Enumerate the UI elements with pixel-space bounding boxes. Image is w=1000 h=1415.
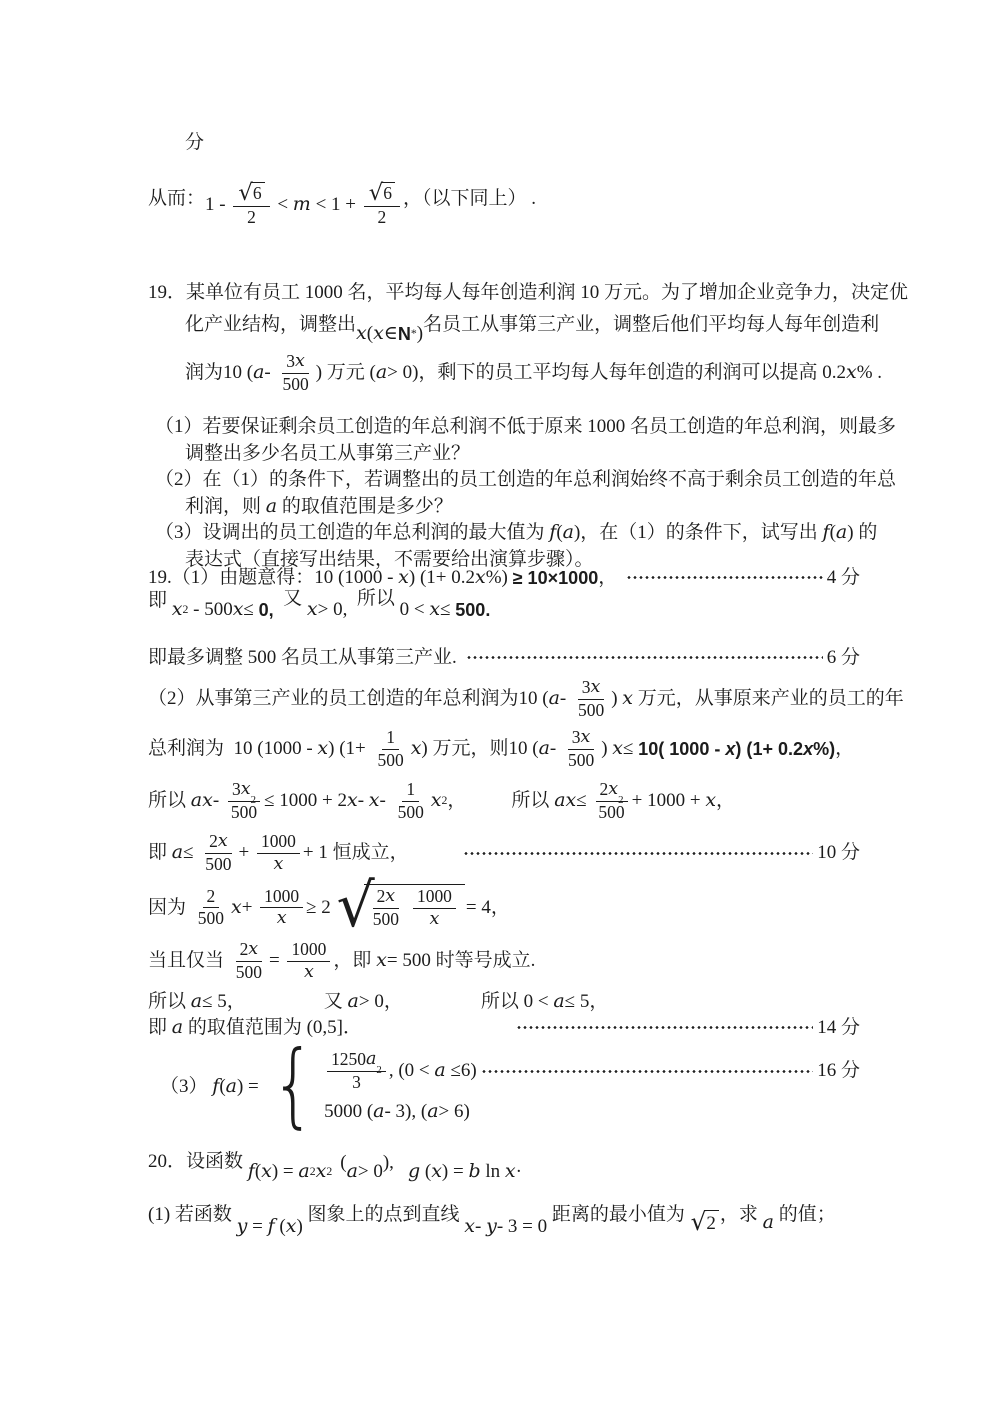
inline-formula-group: g (x) = b ln x· [408, 1160, 522, 1184]
math-variable: x [846, 361, 857, 385]
text-run: 10 分 [817, 841, 860, 865]
math-variable: x [233, 598, 244, 622]
math-variable: m [293, 193, 311, 217]
text-run: 万元，从事原来产业的员工的年 [633, 687, 904, 711]
text-run: ，（以下同上） . [403, 187, 536, 211]
square-root: √2 [691, 1210, 719, 1236]
text-run: 6 [383, 184, 392, 204]
fraction-denominator: 500 [232, 962, 266, 983]
math-variable: x [241, 780, 251, 800]
math-fraction: 1250a23 [327, 1050, 386, 1092]
text-run: > 6) [439, 1100, 470, 1124]
text-run: ≤ [440, 598, 455, 622]
text-run: + 1000 + [632, 789, 706, 813]
math-variable: x [218, 832, 228, 852]
math-variable: x [385, 887, 395, 907]
solution-19-step1b: 即 x2 - 500x≤ 0, 又 x> 0, 所以 0 < x≤ 500. [148, 598, 490, 622]
problem-20-q1: (1) 若函数 y = f (x) 图象上的点到直线 x- y- 3 = 0 距… [148, 1202, 836, 1228]
text-run: ≤ 5， [202, 990, 246, 1014]
text-run: 从而： [148, 187, 205, 211]
math-fraction: 1000x [257, 832, 300, 874]
text-run: > 0)，剩下的员工平均每人每年创造的利润可以提高 0.2 [387, 361, 846, 385]
math-fraction: 1000x [413, 887, 456, 929]
text-run: 500 [198, 909, 224, 929]
text-run: ln [481, 1160, 505, 1184]
solution-19-part2-line3: 所以 ax- 3x2500≤ 1000 + 2x- x- 1500x2，所以 a… [148, 780, 735, 822]
fraction-numerator: 1 [402, 780, 419, 802]
text-run: 所以 [347, 587, 399, 611]
text-run: ) = [272, 1160, 299, 1184]
math-variable: ax [554, 789, 576, 813]
math-variable: x [261, 1160, 272, 1184]
text-run: 所以 [511, 789, 554, 813]
text-run: 总利润为 10 (1000 - [148, 737, 317, 761]
math-variable: x [231, 896, 242, 920]
math-variable: x [430, 910, 440, 930]
square-root: √2x5001000x [337, 880, 465, 935]
text-run: ， [716, 789, 735, 813]
math-variable: x [248, 940, 258, 960]
fraction-numerator: 1000 [260, 887, 303, 909]
text-run: ≤ [243, 598, 258, 622]
fraction-numerator: 1000 [287, 940, 330, 962]
text-run: , (0 < [389, 1059, 435, 1083]
text-run: 5000 ( [324, 1100, 373, 1124]
text-run: 500 [231, 803, 257, 823]
math-variable: a [172, 1016, 183, 1040]
inline-formula-group: 1 - √62 < m < 1 + √62 [205, 182, 403, 227]
text-run: 1 [386, 728, 395, 748]
fraction-numerator: 1 [382, 728, 399, 750]
text-run: ≤ [576, 789, 591, 813]
bold-italic-text: x [725, 738, 735, 761]
dotted-leader [516, 1025, 813, 1030]
math-fraction: 2x2500 [594, 780, 628, 822]
document-page: 分从而：1 - √62 < m < 1 + √62，（以下同上） .19．某单位… [0, 0, 1000, 1415]
text-run: （3）设调出的员工创造的年总利润的最大值为 [155, 521, 549, 545]
inline-formula-group: ), [383, 1151, 394, 1175]
math-variable: f [549, 521, 556, 545]
text-run: 500 [378, 751, 404, 771]
text-run: < 1 + [311, 193, 361, 217]
fraction-numerator: 2 [203, 887, 220, 909]
problem-19-q1-line1: （1）若要保证剩余员工创造的年总利润不低于原来 1000 名员工创造的年总利润，… [155, 415, 896, 439]
text-run: 3 [572, 728, 581, 748]
math-variable: x [591, 678, 601, 698]
math-variable: x [475, 566, 486, 590]
text-run: - [213, 789, 224, 813]
inline-formula-group: √2 [690, 1210, 720, 1236]
text-run: 图象上的点到直线 [303, 1203, 465, 1227]
text-run: 的取值范围是多少？ [277, 495, 453, 519]
text-run: 1000 [264, 887, 299, 907]
text-run: 所以 0 < [481, 990, 553, 1014]
text-run: - 3), ( [384, 1100, 427, 1124]
fraction-denominator: 500 [278, 374, 312, 395]
math-variable: f [268, 1215, 275, 1239]
text-run: > 0， [359, 990, 403, 1014]
bold-text: ) (1+ 0.2 [735, 738, 803, 761]
problem-19-intro-line2: 化产业结构，调整出x(x∈N*)名员工从事第三产业，调整后他们平均每人每年创造利 [185, 313, 879, 337]
text-run: ( [420, 1160, 431, 1184]
fraction-numerator: √6 [233, 182, 269, 207]
math-variable: x [369, 789, 380, 813]
text-run: - 3 = 0 [497, 1215, 547, 1239]
radicand: 2x5001000x [364, 884, 465, 931]
text-run: 1000 [417, 887, 452, 907]
math-variable: f [212, 1075, 219, 1099]
text-run: 因为 [148, 896, 191, 920]
text-run: ，即 [333, 949, 376, 973]
text-run: 14 分 [817, 1016, 860, 1040]
text-run: % . [857, 361, 882, 385]
fraction-numerator: 1000 [257, 832, 300, 854]
text-run: （3） [160, 1075, 212, 1099]
fraction-denominator: 500 [594, 802, 628, 823]
radicand: 6 [381, 182, 395, 204]
problem-19-q3-line1: （3）设调出的员工创造的年总利润的最大值为 f(a)，在（1）的条件下，试写出 … [155, 521, 877, 545]
inline-formula-group: y = f (x) [237, 1215, 303, 1239]
bold-italic-text: x [803, 738, 813, 761]
fraction-denominator: 500 [574, 700, 608, 721]
text-run: = [247, 1215, 267, 1239]
bold-text: %) [813, 738, 835, 761]
math-variable: a [348, 990, 359, 1014]
fraction-denominator: 500 [564, 750, 598, 771]
fraction-numerator: 3x [568, 728, 595, 750]
fraction-denominator: 500 [394, 802, 428, 823]
solution-19-part2-line7: 所以 a≤ 5，又 a> 0，所以 0 < a≤ 5， [148, 990, 608, 1014]
math-variable: x [431, 789, 442, 813]
radicand: 6 [251, 182, 265, 204]
inline-formula-group: 所以 [347, 587, 399, 611]
square-root: √6 [238, 182, 264, 205]
square-root: √6 [369, 182, 395, 205]
text-run: (1) 若函数 [148, 1203, 237, 1227]
math-variable: x [304, 963, 314, 983]
text-run: 名员工从事第三产业，调整后他们平均每人每年创造利 [423, 313, 879, 337]
math-fraction: 2x500 [232, 940, 266, 982]
text-run: 1250 [331, 1050, 366, 1070]
problem-19-q1-line2: 调整出多少名员工从事第三产业？ [185, 442, 470, 466]
math-fraction: 3x500 [278, 352, 312, 394]
math-fraction: 3x500 [564, 728, 598, 770]
text-run: 3 [232, 780, 241, 800]
problem-19-q2-line2: 利润，则 a 的取值范围是多少？ [185, 495, 453, 519]
text-run: - [264, 361, 275, 385]
math-variable: x [608, 780, 618, 800]
bold-text: 0, [259, 599, 274, 622]
inline-formula-group: x- y- 3 = 0 [464, 1215, 547, 1239]
text-run: 2 [247, 208, 256, 228]
math-variable: x [398, 566, 409, 590]
math-variable: x [612, 737, 623, 761]
text-run: > 0 [358, 1160, 383, 1184]
text-run: ) (1+ [328, 737, 370, 761]
fraction-numerator: 2x [373, 887, 400, 909]
text-run: ， [447, 789, 466, 813]
text-run: 19．某单位有员工 1000 名，平均每人每年创造利润 10 万元。为了增加企业… [148, 281, 908, 305]
math-fraction: 1000x [260, 887, 303, 929]
problem-19-intro-line3: 润为10 (a- 3x500) 万元 (a> 0)，剩下的员工平均每人每年创造的… [185, 352, 882, 394]
text-run: ) = [442, 1160, 469, 1184]
math-variable: x [316, 1160, 327, 1184]
math-variable: a [763, 1211, 774, 1235]
text-run: = 4， [466, 896, 510, 920]
piecewise-cases: {1250a23, (0 < a ≤6)16 分5000 (a- 3), (a>… [264, 1050, 860, 1124]
math-variable: x [376, 949, 387, 973]
math-variable: a [366, 1050, 376, 1070]
text-run: = [269, 949, 284, 973]
inline-formula-group: 即 [148, 589, 172, 613]
text-run: 16 分 [817, 1059, 860, 1083]
solution-19-step1: 19.（1）由题意得：10 (1000 - x) (1+ 0.2x%) ≥ 10… [148, 566, 860, 590]
math-variable: x [411, 737, 422, 761]
text-run: - [550, 737, 561, 761]
math-variable: x [705, 789, 716, 813]
problem-19-q2-line1: （2）在（1）的条件下，若调整出的员工创造的年总利润始终不高于剩余员工创造的年总 [155, 468, 896, 492]
text-run: 20．设函数 [148, 1150, 248, 1174]
cases-rows: 1250a23, (0 < a ≤6)16 分5000 (a- 3), (a> … [324, 1050, 860, 1124]
math-variable: b [468, 1160, 480, 1184]
text-run: > 0, [318, 598, 348, 622]
math-variable: x [295, 352, 305, 372]
text-run: （1）若要保证剩余员工创造的年总利润不低于原来 1000 名员工创造的年总利润，… [155, 415, 896, 439]
math-variable: x [622, 687, 633, 711]
text-run: ) (1+ 0.2 [409, 566, 475, 590]
fraction-numerator: 3x [578, 678, 605, 700]
math-variable: x [431, 1160, 442, 1184]
fraction-denominator: 500 [194, 908, 228, 929]
text-run: < [273, 193, 293, 217]
text-run: 2 [377, 208, 386, 228]
text-run: ≥ 2 [306, 896, 335, 920]
math-variable: a [836, 521, 847, 545]
math-variable: a [266, 495, 277, 519]
math-variable: f [248, 1160, 255, 1184]
text-run: - [358, 789, 369, 813]
solution-19-part2-line8: 即 a 的取值范围为 (0,5]．14 分 [148, 1016, 860, 1040]
problem-20-intro: 20．设函数 f(x) = a2x2(a> 0),g (x) = b ln x· [148, 1150, 522, 1174]
math-variable: a [434, 1059, 445, 1083]
text-run: 2 [209, 832, 218, 852]
text-run: - [380, 789, 391, 813]
cases-row: 1250a23, (0 < a ≤6)16 分 [324, 1050, 860, 1092]
text-run: ，求 [720, 1203, 763, 1227]
text-run: ， [598, 566, 622, 590]
text-run: 3 [352, 1073, 361, 1093]
text-run: ) [296, 1215, 302, 1239]
fraction-denominator: x [273, 908, 291, 929]
radicand: 2 [704, 1210, 719, 1236]
text-run: %) [486, 566, 513, 590]
math-variable: a [298, 1160, 309, 1184]
fraction-numerator: 3x [282, 352, 309, 374]
bold-text: N [398, 323, 411, 346]
math-variable: x [347, 789, 358, 813]
text-run: 500 [236, 963, 262, 983]
dotted-leader [466, 655, 823, 660]
math-variable: a [347, 1160, 358, 1184]
text-run: 3 [286, 352, 295, 372]
text-run: ≤ 1000 + 2 [264, 789, 347, 813]
text-run: 所以 [148, 789, 191, 813]
math-variable: x [172, 598, 183, 622]
fraction-numerator: 2x [205, 832, 232, 854]
math-variable: a [563, 521, 574, 545]
inline-formula-group: ( [340, 1151, 346, 1175]
text-run: 即 [148, 589, 172, 613]
math-variable: x [356, 322, 367, 346]
text-run: 2 [706, 1212, 716, 1236]
text-run: ) 万元 ( [316, 361, 376, 385]
text-run: 2 [377, 887, 386, 907]
text-run: （2）从事第三产业的员工创造的年总利润为10 ( [148, 687, 549, 711]
text-run: 的值； [774, 1203, 836, 1227]
text-run: 调整出多少名员工从事第三产业？ [185, 442, 470, 466]
fraction-denominator: x [426, 909, 444, 930]
text-run: （2）在（1）的条件下，若调整出的员工创造的年总利润始终不高于剩余员工创造的年总 [155, 468, 896, 492]
text-run: ≤ [623, 737, 638, 761]
math-variable: x [581, 728, 591, 748]
math-variable: a [191, 990, 202, 1014]
math-variable: y [237, 1215, 248, 1239]
math-fraction: √62 [233, 182, 269, 227]
inline-formula-group: 又 [274, 587, 307, 611]
math-fraction: 3x2500 [227, 780, 261, 822]
bold-text: 10( 1000 - [638, 738, 725, 761]
fraction-numerator: 2x2 [596, 780, 628, 802]
inline-formula-group: f(x) = a2x2(a> 0), [248, 1160, 394, 1184]
solution-19-step2: 即最多调整 500 名员工从事第三产业. 6 分 [148, 646, 860, 670]
solution-19-part2-line4: 即 a≤ 2x500+ 1000x+ 1 恒成立，10 分 [148, 832, 860, 874]
text-run: 即 [148, 841, 172, 865]
math-fraction: 1000x [287, 940, 330, 982]
fraction-denominator: 2 [243, 207, 260, 228]
text-run: · [516, 1160, 522, 1184]
text-run: ) 的 [847, 521, 877, 545]
text-run: 500 [398, 803, 424, 823]
text-run: 即 [148, 1016, 172, 1040]
text-run: 0 < [400, 598, 430, 622]
bold-text: ≥ 10×1000 [513, 567, 599, 590]
math-variable: y [486, 1215, 497, 1239]
fraction-denominator: 500 [227, 802, 261, 823]
solution-19-part2-line2: 总利润为 10 (1000 - x) (1+ 1500x) 万元，则10 (a-… [148, 728, 854, 770]
text-run: = 500 时等号成立. [387, 949, 535, 973]
math-variable: x [273, 855, 283, 875]
text-run: ≤ [183, 841, 198, 865]
fraction-numerator: √6 [364, 182, 400, 207]
text-run: 又 [274, 587, 307, 611]
text-run: 又 [324, 990, 348, 1014]
text-run: 6 分 [827, 646, 860, 670]
text-run: 2 [207, 887, 216, 907]
cases-row: 5000 (a- 3), (a> 6) [324, 1100, 860, 1124]
text-run: + [242, 896, 257, 920]
solution-19-part2-line6: 当且仅当 2x500= 1000x，即 x= 500 时等号成立. [148, 940, 535, 982]
fraction-numerator: 1000 [413, 887, 456, 909]
math-variable: a [553, 990, 564, 1014]
text-run: 1 - [205, 193, 230, 217]
solution-19-part2-line1: （2）从事第三产业的员工创造的年总利润为10 (a- 3x500) x 万元，从… [148, 678, 904, 720]
text-run: 润为10 ( [185, 361, 253, 385]
fraction-denominator: 2 [373, 207, 390, 228]
text-run: - [560, 687, 571, 711]
math-variable: a [539, 737, 550, 761]
text-run: 1000 [261, 832, 296, 852]
fraction-numerator: 3x2 [228, 780, 260, 802]
text-run: ) [611, 687, 622, 711]
math-variable: a [427, 1100, 438, 1124]
text-run: + [238, 841, 253, 865]
math-fraction: 1500 [374, 728, 408, 770]
text-run: ≤6) [446, 1059, 477, 1083]
text-run: ) [417, 322, 423, 346]
score-fragment: 分 [185, 131, 204, 155]
math-variable: x [317, 737, 328, 761]
text-run: 500 [568, 751, 594, 771]
text-run: 500 [282, 375, 308, 395]
text-run: ( [275, 1215, 286, 1239]
math-variable: a [226, 1075, 237, 1099]
text-run: 利润，则 [185, 495, 266, 519]
math-variable: x [286, 1215, 297, 1239]
text-run: 化产业结构，调整出 [185, 313, 356, 337]
text-run: - 500 [188, 598, 232, 622]
text-run: ， [835, 737, 854, 761]
inline-formula-group: x(x∈N*) [356, 322, 423, 346]
text-run: ∈ [384, 322, 398, 346]
text-run: 即最多调整 500 名员工从事第三产业. [148, 646, 462, 670]
text-run: 当且仅当 [148, 949, 229, 973]
fraction-denominator: 500 [201, 854, 235, 875]
math-variable: a [549, 687, 560, 711]
text-run: ), [383, 1151, 394, 1175]
fraction-numerator: 2x [236, 940, 263, 962]
math-variable: a [253, 361, 264, 385]
text-run: 4 分 [827, 566, 860, 590]
text-run: 500 [598, 803, 624, 823]
text-run: )，在（1）的条件下，试写出 [574, 521, 823, 545]
radical-sign: √ [337, 879, 375, 934]
math-variable: x [373, 322, 384, 346]
solution-19-part2-line5: 因为 2500x+ 1000x≥ 2 √2x5001000x= 4， [148, 880, 510, 935]
math-variable: a [376, 361, 387, 385]
fraction-denominator: x [269, 854, 287, 875]
fraction-denominator: x [300, 962, 318, 983]
math-fraction: 1500 [394, 780, 428, 822]
text-run: 所以 [148, 990, 191, 1014]
text-run: 1 [406, 780, 415, 800]
text-run: ) 万元，则10 ( [421, 737, 538, 761]
math-variable: a [373, 1100, 384, 1124]
math-variable: a [172, 841, 183, 865]
math-variable: x [464, 1215, 475, 1239]
fraction-numerator: 1250a2 [327, 1050, 386, 1072]
conclusion-line: 从而：1 - √62 < m < 1 + √62，（以下同上） . [148, 176, 536, 221]
dotted-leader [626, 575, 823, 580]
text-run: 距离的最小值为 [547, 1203, 690, 1227]
text-run: 500 [373, 910, 399, 930]
text-run: ) = [237, 1075, 264, 1099]
math-variable: x [307, 598, 318, 622]
text-run: ≤ 5， [565, 990, 609, 1014]
text-run: ( [340, 1151, 346, 1175]
text-run: - [475, 1215, 486, 1239]
math-fraction: 3x500 [574, 678, 608, 720]
math-fraction: √62 [364, 182, 400, 227]
